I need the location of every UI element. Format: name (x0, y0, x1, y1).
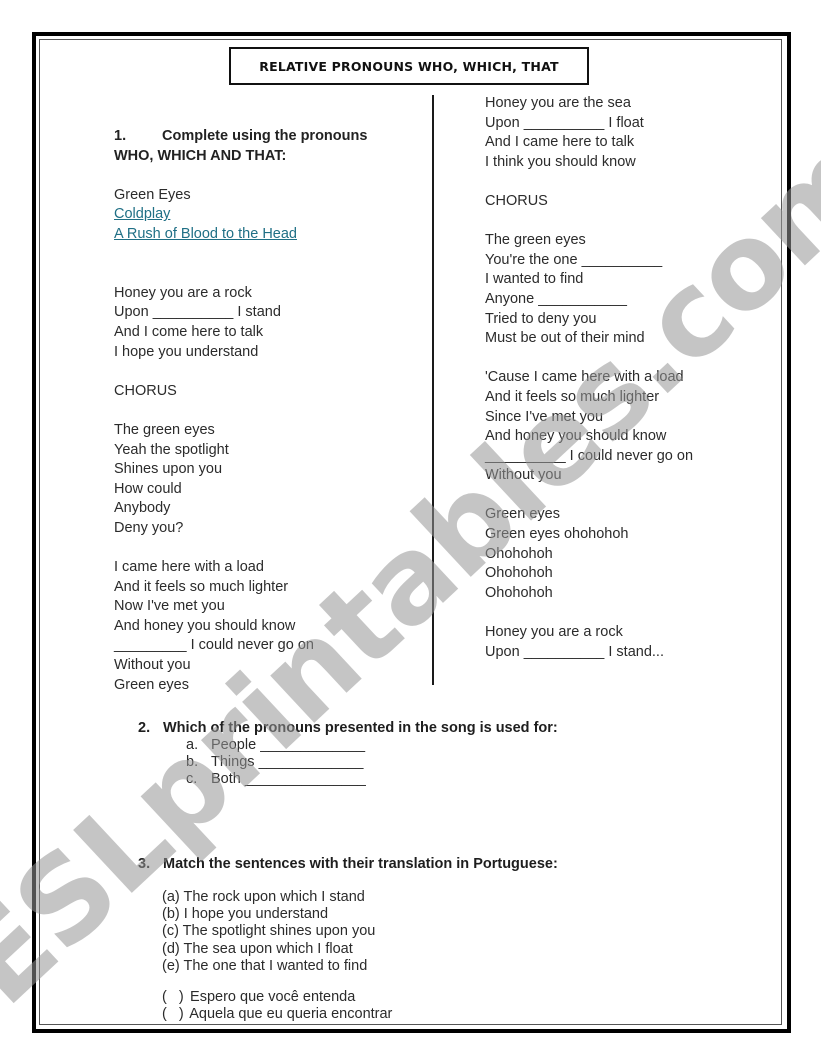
spacer (114, 362, 424, 382)
lyric-line: Tried to deny you (485, 310, 785, 330)
section1-heading: 1.Complete using the pronouns (114, 127, 424, 147)
lyric-line: Green eyes (485, 505, 785, 525)
spacer (114, 401, 424, 421)
spacer (114, 166, 424, 186)
answer-paren[interactable]: ( ) (162, 989, 186, 1006)
right-lyrics: Honey you are the seaUpon __________ I f… (485, 94, 785, 662)
section2-question-text: Which of the pronouns presented in the s… (163, 720, 558, 736)
lyric-line: Ohohohoh (485, 584, 785, 604)
lyric-line: I wanted to find (485, 270, 785, 290)
option-letter: b. (186, 754, 211, 771)
left-lyrics: Honey you are a rockUpon __________ I st… (114, 284, 424, 695)
title-box: RELATIVE PRONOUNS WHO, WHICH, THAT (229, 47, 589, 85)
lyric-line: Deny you? (114, 519, 424, 539)
lyric-line: And honey you should know (114, 617, 424, 637)
spacer (114, 538, 424, 558)
lyric-line: Since I've met you (485, 408, 785, 428)
lyric-line: Upon __________ I stand (114, 303, 424, 323)
lyric-line: Green eyes (114, 676, 424, 696)
lyric-line: Ohohohoh (485, 564, 785, 584)
translation-item: ( ) Aquela que eu queria encontrar (162, 1006, 738, 1023)
artist-link[interactable]: Coldplay (114, 206, 170, 222)
section3-question-text: Match the sentences with their translati… (163, 856, 558, 872)
section2-question: 2.Which of the pronouns presented in the… (138, 719, 698, 737)
spacer (114, 245, 424, 265)
spacer (485, 486, 785, 506)
spacer (485, 212, 785, 232)
lyric-line: The green eyes (485, 231, 785, 251)
lyric-line: And it feels so much lighter (114, 578, 424, 598)
spacer (114, 264, 424, 284)
section2: 2.Which of the pronouns presented in the… (138, 719, 698, 788)
lyric-line: The green eyes (114, 421, 424, 441)
lyric-line: I came here with a load (114, 558, 424, 578)
section3-translations: ( ) Espero que você entenda( ) Aquela qu… (162, 989, 738, 1023)
lyric-line: Now I've met you (114, 597, 424, 617)
lyric-line: Without you (114, 656, 424, 676)
sentence-item: (e) The one that I wanted to find (162, 958, 738, 975)
lyric-line: I hope you understand (114, 343, 424, 363)
lyric-line: Upon __________ I stand... (485, 643, 785, 663)
lyric-line: Shines upon you (114, 460, 424, 480)
lyric-line: Honey you are a rock (485, 623, 785, 643)
spacer (485, 603, 785, 623)
answer-blank[interactable]: _____________ (260, 737, 365, 753)
option-label: Things (211, 754, 259, 770)
section2-options: a.People _____________b.Things _________… (138, 737, 698, 788)
answer-blank[interactable]: _______________ (245, 771, 366, 787)
answer-blank[interactable]: _____________ (259, 754, 364, 770)
translation-text: Aquela que eu queria encontrar (186, 1006, 392, 1022)
column-divider (432, 95, 434, 685)
section1-heading-line1: Complete using the pronouns (162, 128, 367, 144)
sentence-item: (a) The rock upon which I stand (162, 889, 738, 906)
lyric-line: And I came here to talk (485, 133, 785, 153)
section2-option: c.Both _______________ (186, 771, 698, 788)
lyric-line: You're the one __________ (485, 251, 785, 271)
right-column: Honey you are the seaUpon __________ I f… (485, 94, 785, 662)
option-label: People (211, 737, 260, 753)
lyric-line: Yeah the spotlight (114, 441, 424, 461)
spacer (485, 349, 785, 369)
option-letter: a. (186, 737, 211, 754)
lyric-line: __________ I could never go on (485, 447, 785, 467)
sentence-item: (b) I hope you understand (162, 906, 738, 923)
section2-option: a.People _____________ (186, 737, 698, 754)
lyric-line: Must be out of their mind (485, 329, 785, 349)
option-label: Both (211, 771, 245, 787)
lyric-line: Upon __________ I float (485, 114, 785, 134)
lyric-line: Anybody (114, 499, 424, 519)
section3: 3.Match the sentences with their transla… (138, 855, 738, 1023)
option-letter: c. (186, 771, 211, 788)
section1-heading-line2: WHO, WHICH AND THAT: (114, 147, 424, 167)
translation-item: ( ) Espero que você entenda (162, 989, 738, 1006)
page-title: RELATIVE PRONOUNS WHO, WHICH, THAT (259, 59, 558, 74)
lyric-line: CHORUS (114, 382, 424, 402)
section3-number: 3. (138, 855, 163, 873)
section1-number: 1. (114, 127, 162, 147)
lyric-line: _________ I could never go on (114, 636, 424, 656)
section2-option: b.Things _____________ (186, 754, 698, 771)
lyric-line: And honey you should know (485, 427, 785, 447)
album-link[interactable]: A Rush of Blood to the Head (114, 226, 297, 242)
sentence-item: (c) The spotlight shines upon you (162, 923, 738, 940)
sentence-item: (d) The sea upon which I float (162, 941, 738, 958)
section3-sentences: (a) The rock upon which I stand(b) I hop… (162, 889, 738, 975)
lyric-line: How could (114, 480, 424, 500)
lyric-line: Anyone ___________ (485, 290, 785, 310)
song-title: Green Eyes (114, 186, 424, 206)
section2-number: 2. (138, 719, 163, 737)
lyric-line: CHORUS (485, 192, 785, 212)
lyric-line: Honey you are the sea (485, 94, 785, 114)
lyric-line: And I come here to talk (114, 323, 424, 343)
lyric-line: Without you (485, 466, 785, 486)
lyric-line: Green eyes ohohohoh (485, 525, 785, 545)
lyric-line: And it feels so much lighter (485, 388, 785, 408)
lyric-line: Honey you are a rock (114, 284, 424, 304)
spacer (485, 172, 785, 192)
left-column: 1.Complete using the pronouns WHO, WHICH… (114, 127, 424, 695)
translation-text: Espero que você entenda (186, 989, 355, 1005)
answer-paren[interactable]: ( ) (162, 1006, 186, 1023)
lyric-line: I think you should know (485, 153, 785, 173)
lyric-line: 'Cause I came here with a load (485, 368, 785, 388)
lyric-line: Ohohohoh (485, 545, 785, 565)
section3-question: 3.Match the sentences with their transla… (138, 855, 738, 873)
